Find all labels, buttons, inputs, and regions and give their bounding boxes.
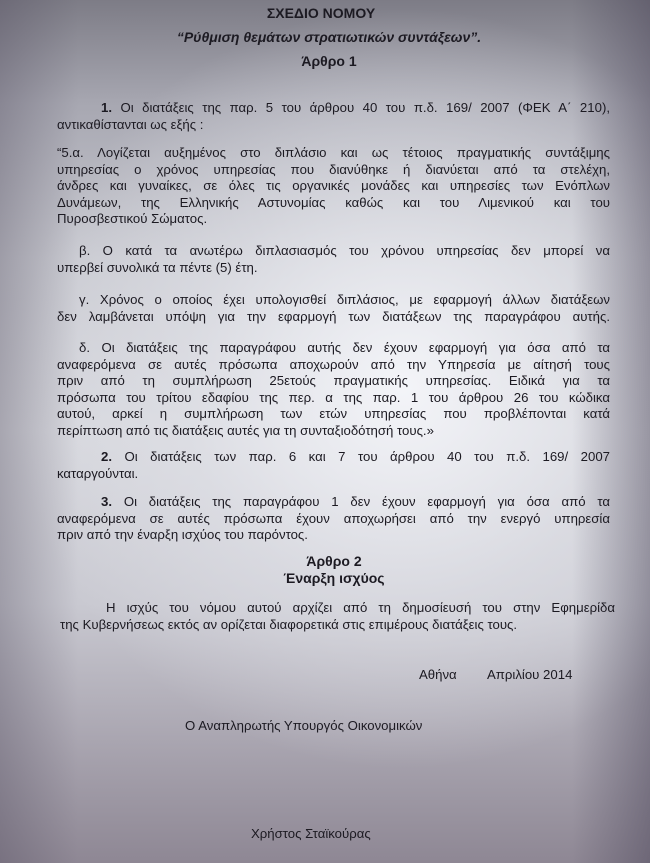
paragraph-line: Οι διατάξεις της παραγράφου 1 δεν έχουν … [124,494,610,509]
paragraph-line: αντικαθίστανται ως εξής : [57,117,610,134]
article-2-subtitle: Έναρξη ισχύος [18,570,650,586]
paragraph-line: πριν από την έναρξη ισχύος του παρόντος. [57,527,610,544]
paragraph-5c: γ. Χρόνος ο οποίος έχει υπολογισθεί διπλ… [57,292,610,325]
paragraph-line: αυτού, αρκεί η συμπλήρωση των ετών υπηρε… [57,406,610,423]
article-2-title: Άρθρο 2 [18,553,650,569]
paragraph-line: Οι διατάξεις της παρ. 5 του άρθρου 40 το… [120,100,610,115]
signatory-title: Ο Αναπληρωτής Υπουργός Οικονομικών [185,718,422,734]
article-1-paragraph-3: 3. Οι διατάξεις της παραγράφου 1 δεν έχο… [57,494,610,544]
article-1-title: Άρθρο 1 [8,53,650,69]
paragraph-5a: “5.α. Λογίζεται αυξημένος στο διπλάσιο κ… [57,145,610,228]
document-heading: ΣΧΕΔΙΟ ΝΟΜΟΥ [0,5,650,21]
paragraph-line: υπηρεσίας ο χρόνος υπηρεσίας που διανύθη… [57,162,610,179]
paragraph-line: αναφερόμενα σε αυτές πρόσωπα έχουν αποχω… [57,511,610,528]
paragraph-line: Πυροσβεστικού Σώματος. [57,211,610,228]
paragraph-line: υπερβεί συνολικά τα πέντε (5) έτη. [57,260,610,277]
paragraph-line: Οι διατάξεις των παρ. 6 και 7 του άρθρου… [125,449,611,464]
paragraph-line: γ. Χρόνος ο οποίος έχει υπολογισθεί διπλ… [57,292,610,309]
paragraph-line: δ. Οι διατάξεις της παραγράφου αυτής δεν… [57,340,610,357]
article-1-paragraph-1: 1. Οι διατάξεις της παρ. 5 του άρθρου 40… [57,100,610,133]
paragraph-line: “5.α. Λογίζεται αυξημένος στο διπλάσιο κ… [57,145,610,162]
article-1-paragraph-2: 2. Οι διατάξεις των παρ. 6 και 7 του άρθ… [57,449,610,482]
paragraph-line: καταργούνται. [57,466,610,483]
signatory-name: Χρήστος Σταϊκούρας [251,826,371,842]
paragraph-line: της Κυβερνήσεως εκτός αν ορίζεται διαφορ… [60,617,615,634]
paragraph-number: 1. [101,100,112,115]
place: Αθήνα [419,667,457,683]
paragraph-line: β. Ο κατά τα ανωτέρω διπλασιασμός του χρ… [57,243,610,260]
paragraph-line: Η ισχύς του νόμου αυτού αρχίζει από τη δ… [60,600,615,617]
article-2-body: Η ισχύς του νόμου αυτού αρχίζει από τη δ… [60,600,615,633]
paragraph-line: Δυνάμεων, της Ελληνικής Αστυνομίας καθώς… [57,195,610,212]
paragraph-number: 2. [101,449,112,464]
law-subtitle: “Ρύθμιση θεμάτων στρατιωτικών συντάξεων”… [8,29,650,45]
paragraph-line: περίπτωση από τις διατάξεις αυτές για τη… [57,423,610,440]
paragraph-line: πρόσωπα του τρίτου εδαφίου της περ. α τη… [57,390,610,407]
paragraph-line: δεν λαμβάνεται υπόψη για την εφαρμογή τω… [57,309,610,326]
date: Απριλίου 2014 [487,667,572,683]
paragraph-line: αναφερόμενα σε αυτές πρόσωπα αποχωρούν α… [57,357,610,374]
paragraph-5d: δ. Οι διατάξεις της παραγράφου αυτής δεν… [57,340,610,439]
paragraph-5b: β. Ο κατά τα ανωτέρω διπλασιασμός του χρ… [57,243,610,276]
document-page: ΣΧΕΔΙΟ ΝΟΜΟΥ “Ρύθμιση θεμάτων στρατιωτικ… [0,0,650,863]
paragraph-line: πριν από τη συμπλήρωση 25ετούς πραγματικ… [57,373,610,390]
paragraph-line: άνδρες και γυναίκες, σε όλες τις οργανικ… [57,178,610,195]
paragraph-number: 3. [101,494,112,509]
